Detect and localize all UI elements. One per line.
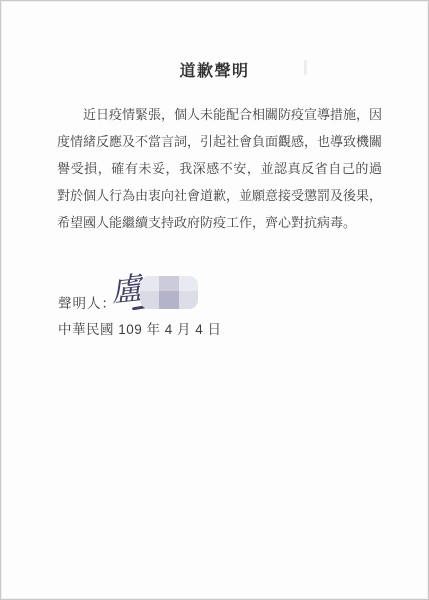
blur-block xyxy=(159,291,179,309)
blur-block xyxy=(140,291,159,309)
date-line: 中華民國 109 年 4 月 4 日 xyxy=(58,318,222,338)
blur-block xyxy=(159,276,179,291)
blur-block xyxy=(140,276,159,291)
body-line: 希望國人能繼續支持政府防疫工作，齊心對抗病毒。 xyxy=(57,209,382,236)
apology-letter-page: 道歉聲明 近日疫情緊張，個人未能配合相關防疫宣導措施，因過 度情緒反應及不當言詞… xyxy=(0,0,429,600)
blur-block xyxy=(179,291,198,309)
document-title: 道歉聲明 xyxy=(1,58,428,81)
body-line: 度情緒反應及不當言詞，引起社會負面觀感，也導致機關聲 xyxy=(57,128,382,155)
body-paragraph: 近日疫情緊張，個人未能配合相關防疫宣導措施，因過 度情緒反應及不當言詞，引起社會… xyxy=(57,101,382,236)
scan-artifact xyxy=(304,60,307,75)
signature-name-blur xyxy=(140,276,198,309)
body-line: 近日疫情緊張，個人未能配合相關防疫宣導措施，因過 xyxy=(57,101,382,128)
body-line: 譽受損，確有未妥，我深感不安，並認真反省自己的過失， xyxy=(57,155,382,182)
body-line: 對於個人行為由衷向社會道歉，並願意接受懲罰及後果，也 xyxy=(57,182,382,209)
signature-label: 聲明人： xyxy=(58,292,116,312)
blur-block xyxy=(179,276,198,291)
